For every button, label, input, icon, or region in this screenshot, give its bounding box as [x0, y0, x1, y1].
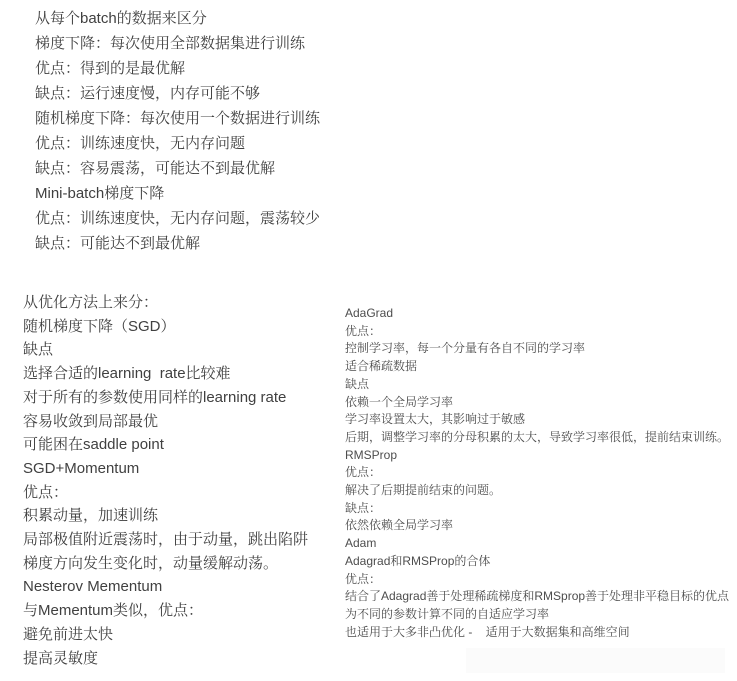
text-line: 也适用于大多非凸优化 - 适用于大数据集和高维空间 — [345, 624, 735, 642]
optimizer-methods-left-column: 从优化方法上来分： 随机梯度下降（SGD） 缺点 选择合适的learning r… — [23, 291, 343, 670]
text-line: 随机梯度下降：每次使用一个数据进行训练 — [35, 106, 455, 131]
text-line: RMSProp — [345, 447, 735, 465]
text-line: 积累动量，加速训练 — [23, 504, 343, 528]
text-line: 缺点： — [345, 500, 735, 518]
text-line: 可能困在saddle point — [23, 433, 343, 457]
text-line: 梯度下降：每次使用全部数据集进行训练 — [35, 31, 455, 56]
text-line: 优点： — [23, 481, 343, 505]
text-line: 选择合适的learning rate比较难 — [23, 362, 343, 386]
faint-placeholder-box — [466, 648, 725, 673]
text-line: 容易收敛到局部最优 — [23, 410, 343, 434]
text-line: SGD+Momentum — [23, 457, 343, 481]
text-line: 对于所有的参数使用同样的learning rate — [23, 386, 343, 410]
text-line: 后期，调整学习率的分母积累的太大，导致学习率很低，提前结束训练。 — [345, 429, 735, 447]
text-line: 缺点：运行速度慢，内存可能不够 — [35, 81, 455, 106]
text-line: 缺点：可能达不到最优解 — [35, 231, 455, 256]
text-line: 局部极值附近震荡时，由于动量，跳出陷阱 — [23, 528, 343, 552]
text-line: 学习率设置太大，其影响过于敏感 — [345, 411, 735, 429]
text-line: AdaGrad — [345, 305, 735, 323]
text-line: 结合了Adagrad善于处理稀疏梯度和RMSprop善于处理非平稳目标的优点 — [345, 588, 735, 606]
text-line: 与Mementum类似，优点： — [23, 599, 343, 623]
optimizer-methods-right-column: AdaGrad 优点： 控制学习率，每一个分量有各自不同的学习率 适合稀疏数据 … — [345, 305, 735, 641]
text-line: 优点： — [345, 571, 735, 589]
text-line: 避免前进太快 — [23, 623, 343, 647]
text-line: 缺点：容易震荡，可能达不到最优解 — [35, 156, 455, 181]
text-line: 依然依赖全局学习率 — [345, 517, 735, 535]
text-line: 为不同的参数计算不同的自适应学习率 — [345, 606, 735, 624]
text-line: 梯度方向发生变化时，动量缓解动荡。 — [23, 552, 343, 576]
text-line: 优点： — [345, 323, 735, 341]
text-line: 缺点 — [345, 376, 735, 394]
text-line: Adam — [345, 535, 735, 553]
batch-gradient-section: 从每个batch的数据来区分 梯度下降：每次使用全部数据集进行训练 优点：得到的… — [35, 6, 455, 256]
text-line: 优点：得到的是最优解 — [35, 56, 455, 81]
text-line: 依赖一个全局学习率 — [345, 394, 735, 412]
text-line: Adagrad和RMSProp的合体 — [345, 553, 735, 571]
text-line: 随机梯度下降（SGD） — [23, 315, 343, 339]
text-line: 适合稀疏数据 — [345, 358, 735, 376]
text-line: 优点：训练速度快，无内存问题 — [35, 131, 455, 156]
text-line: Nesterov Mementum — [23, 575, 343, 599]
text-line: 优点：训练速度快，无内存问题，震荡较少 — [35, 206, 455, 231]
text-line: 控制学习率，每一个分量有各自不同的学习率 — [345, 340, 735, 358]
text-line: 提高灵敏度 — [23, 647, 343, 671]
notes-page: 从每个batch的数据来区分 梯度下降：每次使用全部数据集进行训练 优点：得到的… — [0, 0, 737, 681]
text-line: Mini-batch梯度下降 — [35, 181, 455, 206]
text-line: 解决了后期提前结束的问题。 — [345, 482, 735, 500]
text-line: 优点： — [345, 464, 735, 482]
text-line: 从每个batch的数据来区分 — [35, 6, 455, 31]
text-line: 从优化方法上来分： — [23, 291, 343, 315]
text-line: 缺点 — [23, 338, 343, 362]
